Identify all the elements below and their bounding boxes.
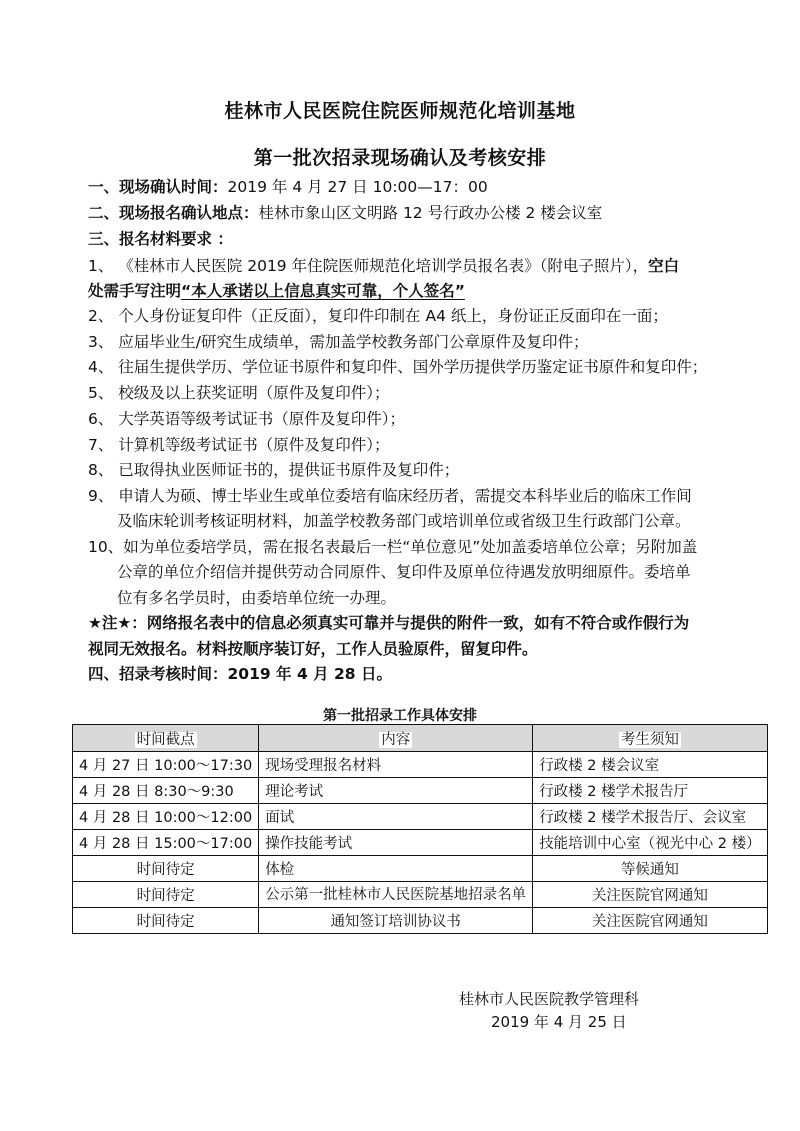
cell-time: 4 月 28 日 8:30～9:30: [73, 778, 259, 804]
section-2-value: 桂林市象山区文明路 12 号行政办公楼 2 楼会议室: [259, 204, 603, 222]
section-4-value: 2019 年 4 月 28 日。: [228, 665, 392, 683]
item-9-line-1: 9、 申请人为硕、博士毕业生或单位委培有临床经历者，需提交本科毕业后的临床工作间: [88, 486, 692, 506]
signature-date: 2019 年 4 月 25 日: [491, 1011, 627, 1032]
cell-time: 4 月 28 日 15:00～17:00: [73, 830, 259, 856]
cell-content: 理论考试: [259, 778, 533, 804]
cell-time: 时间待定: [73, 882, 259, 908]
table-header-row: 时间截点 内容 考生须知: [73, 725, 768, 752]
table-row: 4 月 28 日 10:00～12:00 面试 行政楼 2 楼学术报告厅、会议室: [73, 804, 768, 830]
document-title: 桂林市人民医院住院医师规范化培训基地: [0, 96, 800, 123]
table-row: 时间待定 通知签订培训协议书 关注医院官网通知: [73, 908, 768, 934]
cell-notice: 关注医院官网通知: [533, 882, 767, 908]
cell-time: 4 月 28 日 10:00～12:00: [73, 804, 259, 830]
section-4-exam-time: 四、招录考核时间：2019 年 4 月 28 日。: [88, 664, 392, 684]
item-3: 3、 应届毕业生/研究生成绩单，需加盖学校教务部门公章原件及复印件；: [88, 332, 589, 352]
section-1-confirm-time: 一、现场确认时间：2019 年 4 月 27 日 10:00—17：00: [88, 177, 488, 197]
item-7: 7、 计算机等级考试证书（原件及复印件）；: [88, 435, 390, 455]
section-2-label: 二、现场报名确认地点：: [88, 204, 259, 222]
column-header-content: 内容: [259, 725, 533, 752]
cell-content: 通知签订培训协议书: [259, 908, 533, 934]
item-10-line-2: 公章的单位介绍信并提供劳动合同原件、复印件及原单位待遇发放明细原件。委培单: [117, 562, 691, 582]
table-row: 4 月 28 日 8:30～9:30 理论考试 行政楼 2 楼学术报告厅: [73, 778, 768, 804]
item-1-text: 1、 《桂林市人民医院 2019 年住院医师规范化培训学员报名表》（附电子照片）…: [88, 257, 648, 275]
section-1-label: 一、现场确认时间：: [88, 178, 228, 196]
document-subtitle: 第一批次招录现场确认及考核安排: [0, 143, 800, 170]
note-line-2: 视同无效报名。材料按顺序装订好，工作人员验原件，留复印件。: [88, 639, 538, 659]
note-line-1: ★注★：网络报名表中的信息必须真实可靠并与提供的附件一致，如有不符合或作假行为: [88, 613, 689, 633]
cell-content: 公示第一批桂林市人民医院基地招录名单: [259, 882, 533, 908]
cell-notice: 行政楼 2 楼学术报告厅、会议室: [533, 804, 767, 830]
table-row: 时间待定 公示第一批桂林市人民医院基地招录名单 关注医院官网通知: [73, 882, 768, 908]
cell-content: 体检: [259, 856, 533, 882]
table-row: 4 月 27 日 10:00～17:30 现场受理报名材料 行政楼 2 楼会议室: [73, 752, 768, 778]
cell-notice: 行政楼 2 楼会议室: [533, 752, 767, 778]
item-1-pledge-text: “本人承诺以上信息真实可靠，个人签名”: [181, 282, 465, 300]
document-page: 桂林市人民医院住院医师规范化培训基地 第一批次招录现场确认及考核安排 一、现场确…: [0, 0, 800, 1131]
section-4-label: 四、招录考核时间：: [88, 665, 228, 683]
item-1-line-2: 处需手写注明“本人承诺以上信息真实可靠，个人签名”: [88, 281, 465, 301]
table-row: 4 月 28 日 15:00～17:00 操作技能考试 技能培训中心室（视光中心…: [73, 830, 768, 856]
cell-content: 面试: [259, 804, 533, 830]
cell-notice: 等候通知: [533, 856, 767, 882]
cell-notice: 技能培训中心室（视光中心 2 楼）: [533, 830, 767, 856]
cell-time: 时间待定: [73, 908, 259, 934]
signature-department: 桂林市人民医院教学管理科: [459, 988, 639, 1009]
section-2-location: 二、现场报名确认地点：桂林市象山区文明路 12 号行政办公楼 2 楼会议室: [88, 203, 602, 223]
item-1-handwrite-note: 处需手写注明: [88, 282, 181, 300]
column-header-notice: 考生须知: [533, 725, 767, 752]
item-6: 6、 大学英语等级考试证书（原件及复印件）；: [88, 409, 405, 429]
cell-notice: 行政楼 2 楼学术报告厅: [533, 778, 767, 804]
item-5: 5、 校级及以上获奖证明（原件及复印件）；: [88, 383, 390, 403]
schedule-table-title: 第一批招录工作具体安排: [0, 705, 800, 725]
cell-time: 时间待定: [73, 856, 259, 882]
column-header-time: 时间截点: [73, 725, 259, 752]
item-2: 2、 个人身份证复印件（正反面），复印件印制在 A4 纸上，身份证正反面印在一面…: [88, 306, 668, 326]
cell-time: 4 月 27 日 10:00～17:30: [73, 752, 259, 778]
cell-content: 现场受理报名材料: [259, 752, 533, 778]
cell-notice: 关注医院官网通知: [533, 908, 767, 934]
section-1-value: 2019 年 4 月 27 日 10:00—17：00: [228, 178, 488, 196]
item-10-line-1: 10、如为单位委培学员，需在报名表最后一栏“单位意见”处加盖委培单位公章；另附加…: [88, 537, 697, 557]
item-8: 8、 已取得执业医师证书的，提供证书原件及复印件；: [88, 460, 459, 480]
schedule-table: 时间截点 内容 考生须知 4 月 27 日 10:00～17:30 现场受理报名…: [72, 724, 768, 934]
item-4: 4、 往届生提供学历、学位证书原件和复印件、国外学历提供学历鉴定证书原件和复印件…: [88, 357, 707, 377]
cell-content: 操作技能考试: [259, 830, 533, 856]
item-10-line-3: 位有多名学员时，由委培单位统一办理。: [117, 588, 396, 608]
item-1-bold-tail: 空白: [648, 257, 679, 275]
table-row: 时间待定 体检 等候通知: [73, 856, 768, 882]
item-9-line-2: 及临床轮训考核证明材料，加盖学校教务部门或培训单位或省级卫生行政部门公章。: [117, 511, 691, 531]
item-1-line-1: 1、 《桂林市人民医院 2019 年住院医师规范化培训学员报名表》（附电子照片）…: [88, 256, 679, 276]
section-3-label: 三、报名材料要求 ：: [88, 229, 233, 249]
